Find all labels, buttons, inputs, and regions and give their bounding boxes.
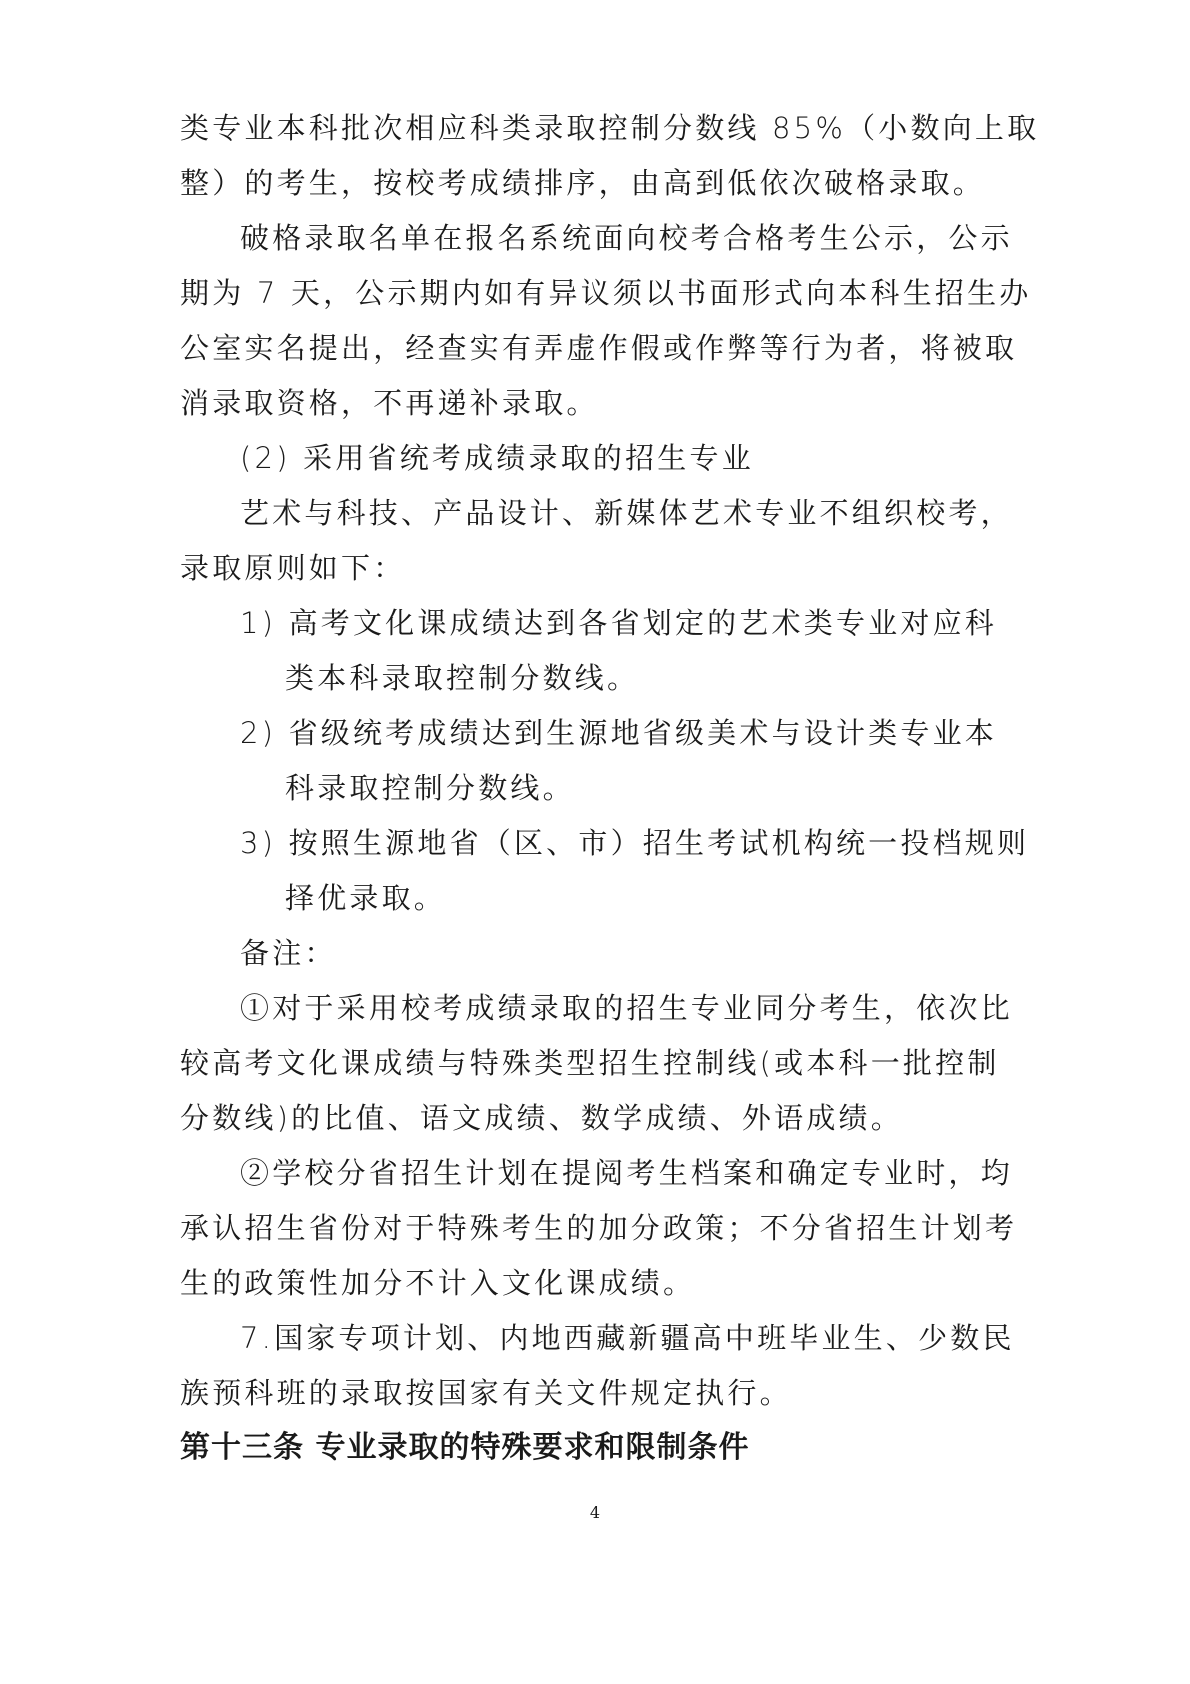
document-page: 类专业本科批次相应科类录取控制分数线 85%（小数向上取 整）的考生，按校考成绩… (0, 0, 1190, 1684)
text-line: 整）的考生，按校考成绩排序，由高到低依次破格录取。 (180, 163, 985, 203)
text-line: 生的政策性加分不计入文化课成绩。 (180, 1263, 695, 1303)
list-item-continuation: 择优录取。 (285, 878, 446, 918)
text-line: 期为 7 天，公示期内如有异议须以书面形式向本科生招生办 (180, 273, 1032, 313)
text-line: 消录取资格，不再递补录取。 (180, 383, 599, 423)
section-heading: 第十三条 专业录取的特殊要求和限制条件 (180, 1428, 749, 1468)
text-line: 族预科班的录取按国家有关文件规定执行。 (180, 1373, 792, 1413)
list-item: 3) 按照生源地省（区、市）招生考试机构统一投档规则 (240, 823, 1029, 863)
text-line: 公室实名提出，经查实有弄虚作假或作弊等行为者，将被取 (180, 328, 1017, 368)
note-item: ①对于采用校考成绩录取的招生专业同分考生，依次比 (240, 988, 1013, 1028)
text-line: 录取原则如下： (180, 548, 405, 588)
text-line: 类专业本科批次相应科类录取控制分数线 85%（小数向上取 (180, 108, 1039, 148)
text-line: 分数线)的比值、语文成绩、数学成绩、外语成绩。 (180, 1098, 903, 1138)
note-item: ②学校分省招生计划在提阅考生档案和确定专业时，均 (240, 1153, 1013, 1193)
page-number: 4 (0, 1503, 1190, 1522)
note-label: 备注： (240, 933, 337, 973)
list-item-continuation: 类本科录取控制分数线。 (285, 658, 639, 698)
subsection-title: (2) 采用省统考成绩录取的招生专业 (240, 438, 754, 478)
list-item: 1) 高考文化课成绩达到各省划定的艺术类专业对应科 (240, 603, 997, 643)
text-line: 艺术与科技、产品设计、新媒体艺术专业不组织校考， (240, 493, 1013, 533)
text-line: 较高考文化课成绩与特殊类型招生控制线(或本科一批控制 (180, 1043, 1000, 1083)
list-item-continuation: 科录取控制分数线。 (285, 768, 575, 808)
text-line: 破格录取名单在报名系统面向校考合格考生公示，公示 (240, 218, 1013, 258)
text-line: 7.国家专项计划、内地西藏新疆高中班毕业生、少数民 (240, 1318, 1015, 1358)
list-item: 2) 省级统考成绩达到生源地省级美术与设计类专业本 (240, 713, 997, 753)
text-line: 承认招生省份对于特殊考生的加分政策；不分省招生计划考 (180, 1208, 1017, 1248)
